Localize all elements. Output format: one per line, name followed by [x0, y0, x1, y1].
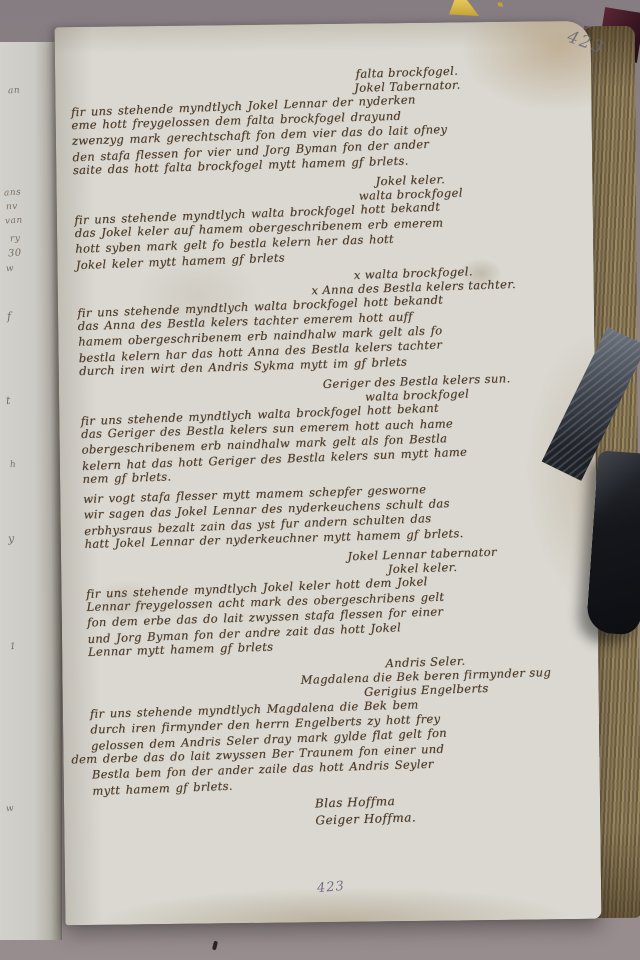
- margin-mark: w: [6, 264, 15, 275]
- margin-mark: w: [6, 804, 15, 815]
- margin-mark: 30: [8, 248, 22, 260]
- manuscript-photo: anansnvvanry30wfthy1w 423 falta brockfog…: [0, 0, 640, 960]
- margin-mark: an: [8, 86, 21, 97]
- margin-mark: h: [10, 460, 17, 470]
- yellow-tab-icon: [449, 0, 479, 16]
- manuscript-entry: wir vogt stafa flesser mytt mamem schepf…: [83, 477, 567, 552]
- margin-mark: nv: [6, 202, 19, 213]
- margin-mark: 1: [10, 642, 17, 652]
- manuscript-entry: Jokel Lennar tabernatorJokel keler.fir u…: [85, 542, 570, 660]
- manuscript-entry: Jokel keler.walta brockfogelfir uns steh…: [73, 169, 558, 272]
- facing-page-edge: anansnvvanry30wfthy1w: [0, 42, 62, 940]
- margin-mark: ans: [4, 187, 22, 198]
- entries: falta brockfogel.Jokel Tabernator.fir un…: [70, 61, 576, 837]
- manuscript-entry: falta brockfogel.Jokel Tabernator.fir un…: [70, 61, 555, 179]
- manuscript-entry: x walta brockfogel.x Anna des Bestla kel…: [76, 262, 561, 380]
- signatures: Blas HoffmaGeiger Hoffma.: [315, 787, 576, 829]
- margin-mark: t: [6, 394, 12, 407]
- manuscript-page: 423 falta brockfogel.Jokel Tabernator.fi…: [55, 21, 602, 925]
- manuscript-entry: Geriger des Bestla kelers sun.walta broc…: [80, 370, 565, 488]
- manuscript-entry: Andris Seler.Magdalena die Bek beren fir…: [88, 650, 574, 797]
- debris-speck: [212, 941, 218, 951]
- margin-mark: ry: [10, 234, 21, 245]
- margin-mark: f: [7, 310, 12, 323]
- margin-mark: van: [5, 215, 23, 226]
- margin-mark: y: [8, 532, 16, 545]
- folio-number-bottom: 423: [316, 879, 345, 896]
- yellow-tab-speck-icon: [496, 1, 504, 8]
